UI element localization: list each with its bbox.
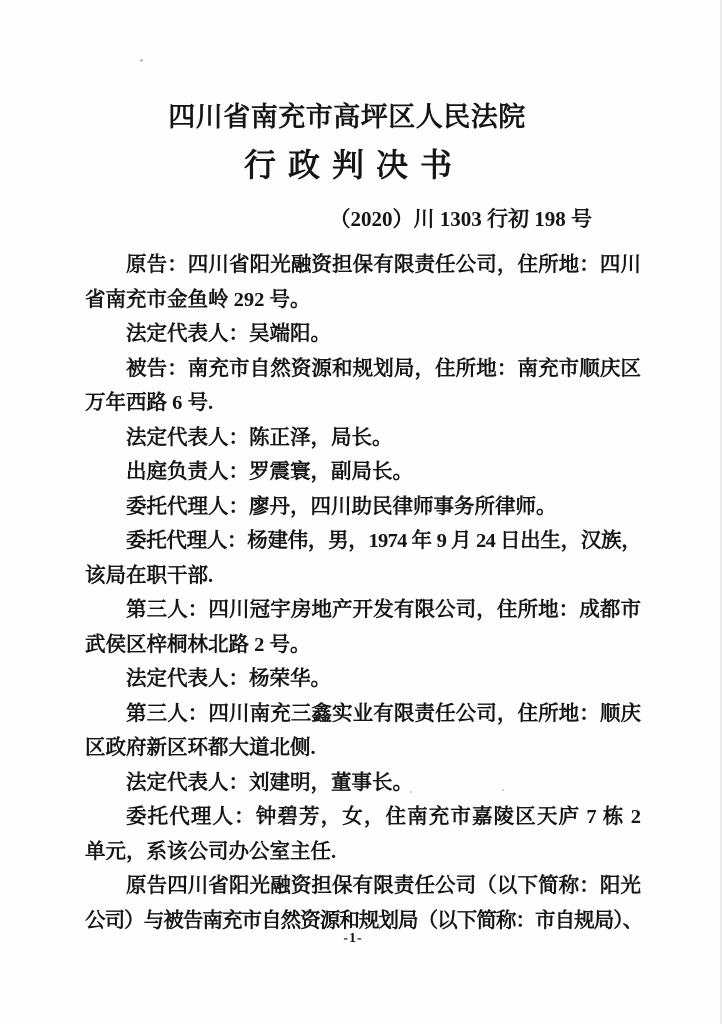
body-line: 原告四川省阳光融资担保有限责任公司（以下简称：阳光: [85, 869, 641, 904]
body-line: 被告：南充市自然资源和规划局，住所地：南充市顺庆区: [85, 352, 641, 387]
body-line: 出庭负责人：罗震寰，副局长。: [85, 455, 641, 490]
scan-speck-artifact: [410, 791, 412, 793]
body-line: 第三人：四川冠宇房地产开发有限公司，住所地：成都市: [85, 593, 641, 628]
body-line: 万年西路 6 号.: [85, 386, 641, 421]
body-line: 原告：四川省阳光融资担保有限责任公司，住所地：四川: [85, 248, 641, 283]
body-line: 委托代理人：廖丹，四川助民律师事务所律师。: [85, 490, 641, 525]
body-line: 第三人：四川南充三鑫实业有限责任公司，住所地：顺庆: [85, 697, 641, 732]
scan-speck-artifact: [140, 59, 143, 62]
scan-speck-artifact: [502, 789, 504, 791]
judgment-body: 原告：四川省阳光融资担保有限责任公司，住所地：四川 省南充市金鱼岭 292 号。…: [85, 248, 641, 938]
body-line: 委托代理人：杨建伟，男，1974 年 9 月 24 日出生，汉族，: [85, 524, 641, 559]
body-line: 省南充市金鱼岭 292 号。: [85, 283, 641, 318]
body-line: 法定代表人：刘建明，董事长。: [85, 766, 641, 801]
body-line: 法定代表人：陈正泽，局长。: [85, 421, 641, 456]
body-line: 单元，系该公司办公室主任.: [85, 835, 641, 870]
body-line: 武侯区梓桐林北路 2 号。: [85, 628, 641, 663]
body-line: 委托代理人：钟碧芳，女，住南充市嘉陵区天庐 7 栋 2: [85, 800, 641, 835]
body-line: 该局在职干部.: [85, 559, 641, 594]
body-line: 法定代表人：杨荣华。: [85, 662, 641, 697]
judgment-document-page: 四川省南充市高坪区人民法院 行政判决书 （2020）川 1303 行初 198 …: [0, 0, 722, 1024]
page-number: -1-: [0, 931, 706, 947]
case-number: （2020）川 1303 行初 198 号: [0, 203, 592, 233]
body-line: 法定代表人：吴端阳。: [85, 317, 641, 352]
court-name-heading: 四川省南充市高坪区人民法院: [0, 101, 694, 133]
body-line: 区政府新区环都大道北侧.: [85, 731, 641, 766]
document-type-heading: 行政判决书: [0, 146, 708, 184]
